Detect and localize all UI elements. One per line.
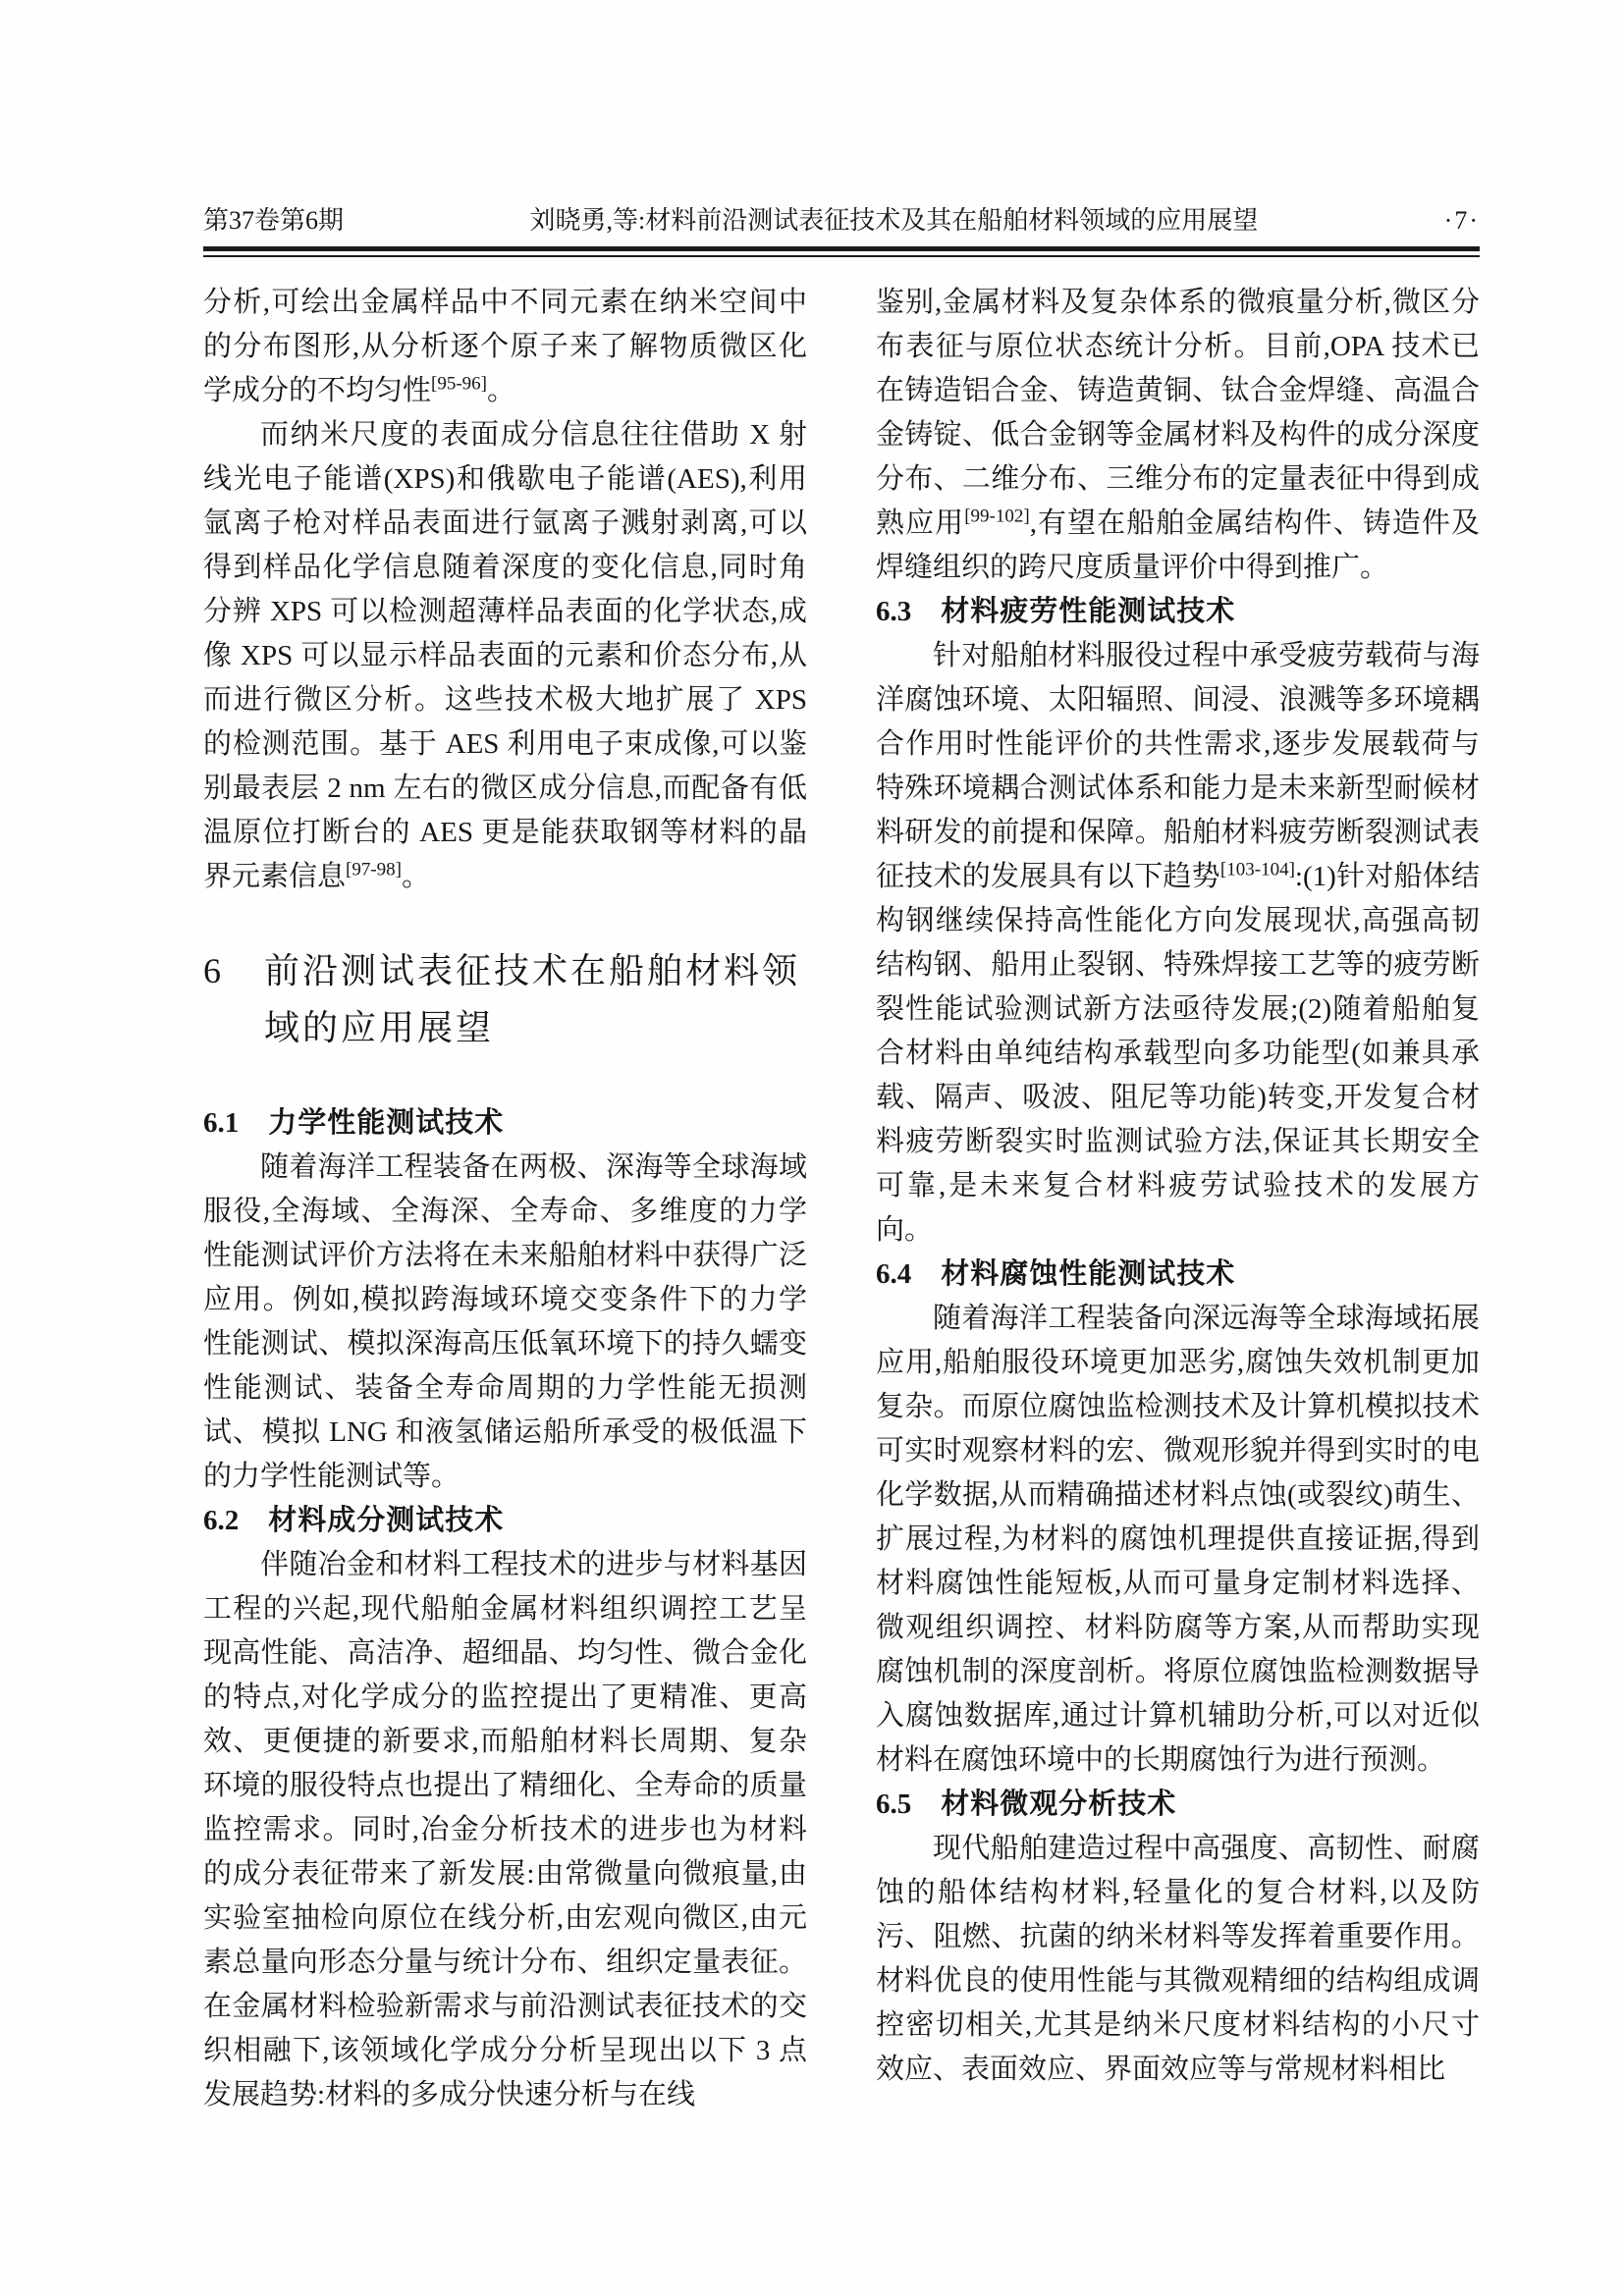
subsection-number: 6.1 [203,1107,239,1139]
subsection-title: 材料疲劳性能测试技术 [941,596,1235,627]
page-number: ·7· [1444,204,1480,238]
paragraph: 针对船舶材料服役过程中承受疲劳载荷与海洋腐蚀环境、太阳辐照、间浸、浪溅等多环境耦… [876,634,1480,1253]
subsection-number: 6.5 [876,1789,911,1820]
subsection-heading: 6.5材料微观分析技术 [876,1783,1480,1827]
subsection-number: 6.2 [203,1505,239,1536]
subsection-heading: 6.3材料疲劳性能测试技术 [876,590,1480,634]
paragraph: 而纳米尺度的表面成分信息往往借助 X 射线光电子能谱(XPS)和俄歇电子能谱(A… [203,413,807,899]
paragraph: 随着海洋工程装备向深远海等全球海域拓展应用,船舶服役环境更加恶劣,腐蚀失效机制更… [876,1297,1480,1783]
running-title: 刘晓勇,等:材料前沿测试表征技术及其在船舶材料领域的应用展望 [344,204,1444,238]
citation-ref: [99-102] [964,506,1029,526]
subsection-heading: 6.4材料腐蚀性能测试技术 [876,1253,1480,1297]
subsection-title: 力学性能测试技术 [268,1107,504,1139]
two-column-body: 分析,可绘出金属样品中不同元素在纳米空间中的分布图形,从分析逐个原子来了解物质微… [203,281,1480,2117]
page-content: 第37卷第6期 刘晓勇,等:材料前沿测试表征技术及其在船舶材料领域的应用展望 ·… [203,204,1480,2117]
subsection-title: 材料微观分析技术 [941,1789,1176,1820]
subsection-heading: 6.1力学性能测试技术 [203,1101,807,1146]
page-header: 第37卷第6期 刘晓勇,等:材料前沿测试表征技术及其在船舶材料领域的应用展望 ·… [203,204,1480,238]
subsection-number: 6.4 [876,1258,911,1290]
section-title: 前沿测试表征技术在船舶材料领域的应用展望 [264,942,807,1056]
subsection-title: 材料腐蚀性能测试技术 [941,1258,1235,1290]
journal-issue: 第37卷第6期 [203,204,344,238]
paragraph: 伴随冶金和材料工程技术的进步与材料基因工程的兴起,现代船舶金属材料组织调控工艺呈… [203,1543,807,2117]
citation-ref: [103-104] [1220,859,1295,880]
column-right: 鉴别,金属材料及复杂体系的微痕量分析,微区分布表征与原位状态统计分析。目前,OP… [876,281,1480,2117]
section-number: 6 [203,942,264,999]
paragraph: 鉴别,金属材料及复杂体系的微痕量分析,微区分布表征与原位状态统计分析。目前,OP… [876,281,1480,590]
paragraph: 随着海洋工程装备在两极、深海等全球海域服役,全海域、全海深、全寿命、多维度的力学… [203,1146,807,1499]
paragraph: 现代船舶建造过程中高强度、高韧性、耐腐蚀的船体结构材料,轻量化的复合材料,以及防… [876,1827,1480,2092]
header-rule [203,246,1480,257]
subsection-heading: 6.2材料成分测试技术 [203,1499,807,1543]
citation-ref: [95-96] [431,373,487,394]
paragraph: 分析,可绘出金属样品中不同元素在纳米空间中的分布图形,从分析逐个原子来了解物质微… [203,281,807,413]
subsection-number: 6.3 [876,596,911,627]
column-left: 分析,可绘出金属样品中不同元素在纳米空间中的分布图形,从分析逐个原子来了解物质微… [203,281,807,2117]
journal-page: 第37卷第6期 刘晓勇,等:材料前沿测试表征技术及其在船舶材料领域的应用展望 ·… [0,0,1624,2296]
citation-ref: [97-98] [346,859,402,880]
section-heading: 6前沿测试表征技术在船舶材料领域的应用展望 [203,942,807,1056]
subsection-title: 材料成分测试技术 [268,1505,504,1536]
